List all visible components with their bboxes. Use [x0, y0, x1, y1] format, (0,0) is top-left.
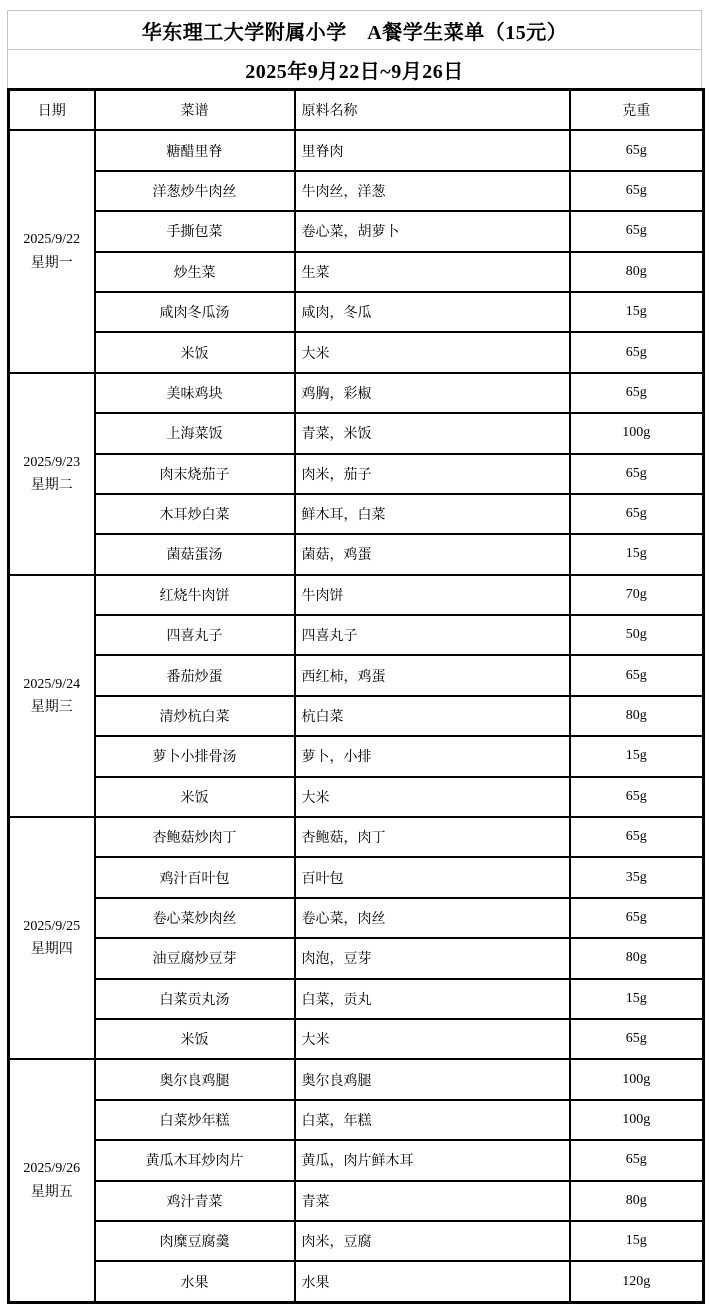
weight-cell: 65g	[570, 1019, 704, 1059]
ingredients-cell: 萝卜，小排	[295, 736, 570, 776]
weight-cell: 65g	[570, 494, 704, 534]
dish-cell: 肉糜豆腐羹	[95, 1221, 295, 1261]
weekday-text: 星期四	[10, 938, 94, 961]
menu-table-body: 2025/9/22星期一糖醋里脊里脊肉65g洋葱炒牛肉丝牛肉丝，洋葱65g手撕包…	[9, 130, 704, 1302]
date-range-subtitle: 2025年9月22日~9月26日	[8, 49, 701, 88]
table-row: 上海菜饭青菜，米饭100g	[9, 413, 704, 453]
ingredients-cell: 牛肉丝，洋葱	[295, 171, 570, 211]
ingredients-cell: 牛肉饼	[295, 575, 570, 615]
column-header-ingredients: 原料名称	[295, 90, 570, 131]
table-row: 2025/9/26星期五奥尔良鸡腿奥尔良鸡腿100g	[9, 1059, 704, 1099]
weight-cell: 65g	[570, 898, 704, 938]
dish-cell: 番茄炒蛋	[95, 655, 295, 695]
table-row: 木耳炒白菜鲜木耳，白菜65g	[9, 494, 704, 534]
column-header-date: 日期	[9, 90, 95, 131]
table-row: 油豆腐炒豆芽肉泡，豆芽80g	[9, 938, 704, 978]
weekday-text: 星期三	[10, 696, 94, 719]
ingredients-cell: 菌菇，鸡蛋	[295, 534, 570, 574]
date-text: 2025/9/24	[10, 673, 94, 696]
table-row: 番茄炒蛋西红柿，鸡蛋65g	[9, 655, 704, 695]
ingredients-cell: 大米	[295, 332, 570, 372]
weight-cell: 15g	[570, 979, 704, 1019]
ingredients-cell: 里脊肉	[295, 130, 570, 170]
dish-cell: 木耳炒白菜	[95, 494, 295, 534]
title-block: 华东理工大学附属小学 A餐学生菜单（15元） 2025年9月22日~9月26日	[7, 10, 702, 88]
dish-cell: 美味鸡块	[95, 373, 295, 413]
table-row: 菌菇蛋汤菌菇，鸡蛋15g	[9, 534, 704, 574]
dish-cell: 奥尔良鸡腿	[95, 1059, 295, 1099]
weight-cell: 65g	[570, 1140, 704, 1180]
table-row: 米饭大米65g	[9, 1019, 704, 1059]
dish-cell: 水果	[95, 1261, 295, 1302]
ingredients-cell: 鸡胸，彩椒	[295, 373, 570, 413]
ingredients-cell: 肉米，豆腐	[295, 1221, 570, 1261]
date-cell: 2025/9/26星期五	[9, 1059, 95, 1302]
column-header-dish: 菜谱	[95, 90, 295, 131]
menu-sheet: 华东理工大学附属小学 A餐学生菜单（15元） 2025年9月22日~9月26日 …	[7, 10, 702, 1304]
weight-cell: 65g	[570, 454, 704, 494]
table-row: 白菜炒年糕白菜，年糕100g	[9, 1100, 704, 1140]
ingredients-cell: 黄瓜，肉片鲜木耳	[295, 1140, 570, 1180]
dish-cell: 上海菜饭	[95, 413, 295, 453]
ingredients-cell: 咸肉，冬瓜	[295, 292, 570, 332]
ingredients-cell: 大米	[295, 1019, 570, 1059]
weight-cell: 65g	[570, 332, 704, 372]
dish-cell: 米饭	[95, 332, 295, 372]
column-header-weight: 克重	[570, 90, 704, 131]
dish-cell: 米饭	[95, 777, 295, 817]
weight-cell: 120g	[570, 1261, 704, 1302]
table-row: 鸡汁青菜青菜80g	[9, 1181, 704, 1221]
ingredients-cell: 肉泡，豆芽	[295, 938, 570, 978]
ingredients-cell: 鲜木耳，白菜	[295, 494, 570, 534]
page-title: 华东理工大学附属小学 A餐学生菜单（15元）	[8, 11, 701, 49]
weight-cell: 80g	[570, 252, 704, 292]
dish-cell: 油豆腐炒豆芽	[95, 938, 295, 978]
dish-cell: 米饭	[95, 1019, 295, 1059]
table-row: 米饭大米65g	[9, 777, 704, 817]
ingredients-cell: 杏鲍菇，肉丁	[295, 817, 570, 857]
weekday-text: 星期一	[10, 252, 94, 275]
header-row: 日期 菜谱 原料名称 克重	[9, 90, 704, 131]
weight-cell: 80g	[570, 1181, 704, 1221]
dish-cell: 糖醋里脊	[95, 130, 295, 170]
dish-cell: 菌菇蛋汤	[95, 534, 295, 574]
table-row: 清炒杭白菜杭白菜80g	[9, 696, 704, 736]
date-cell: 2025/9/22星期一	[9, 130, 95, 372]
date-text: 2025/9/26	[10, 1157, 94, 1180]
weight-cell: 100g	[570, 1100, 704, 1140]
weight-cell: 15g	[570, 292, 704, 332]
weight-cell: 65g	[570, 655, 704, 695]
dish-cell: 洋葱炒牛肉丝	[95, 171, 295, 211]
table-row: 肉末烧茄子肉米，茄子65g	[9, 454, 704, 494]
table-row: 咸肉冬瓜汤咸肉，冬瓜15g	[9, 292, 704, 332]
dish-cell: 白菜贡丸汤	[95, 979, 295, 1019]
ingredients-cell: 奥尔良鸡腿	[295, 1059, 570, 1099]
dish-cell: 红烧牛肉饼	[95, 575, 295, 615]
ingredients-cell: 肉米，茄子	[295, 454, 570, 494]
ingredients-cell: 生菜	[295, 252, 570, 292]
date-cell: 2025/9/23星期二	[9, 373, 95, 575]
table-row: 炒生菜生菜80g	[9, 252, 704, 292]
date-text: 2025/9/23	[10, 451, 94, 474]
weight-cell: 50g	[570, 615, 704, 655]
ingredients-cell: 杭白菜	[295, 696, 570, 736]
weight-cell: 70g	[570, 575, 704, 615]
menu-table: 日期 菜谱 原料名称 克重 2025/9/22星期一糖醋里脊里脊肉65g洋葱炒牛…	[7, 88, 705, 1304]
dish-cell: 卷心菜炒肉丝	[95, 898, 295, 938]
ingredients-cell: 白菜，贡丸	[295, 979, 570, 1019]
dish-cell: 白菜炒年糕	[95, 1100, 295, 1140]
table-row: 卷心菜炒肉丝卷心菜，肉丝65g	[9, 898, 704, 938]
table-row: 白菜贡丸汤白菜，贡丸15g	[9, 979, 704, 1019]
date-text: 2025/9/22	[10, 228, 94, 251]
table-row: 四喜丸子四喜丸子50g	[9, 615, 704, 655]
weight-cell: 65g	[570, 211, 704, 251]
dish-cell: 四喜丸子	[95, 615, 295, 655]
weight-cell: 65g	[570, 130, 704, 170]
table-row: 黄瓜木耳炒肉片黄瓜，肉片鲜木耳65g	[9, 1140, 704, 1180]
weight-cell: 100g	[570, 1059, 704, 1099]
table-row: 萝卜小排骨汤萝卜，小排15g	[9, 736, 704, 776]
ingredients-cell: 青菜，米饭	[295, 413, 570, 453]
table-row: 鸡汁百叶包百叶包35g	[9, 857, 704, 897]
weight-cell: 65g	[570, 817, 704, 857]
table-row: 水果水果120g	[9, 1261, 704, 1302]
date-cell: 2025/9/25星期四	[9, 817, 95, 1059]
weight-cell: 15g	[570, 1221, 704, 1261]
ingredients-cell: 青菜	[295, 1181, 570, 1221]
weekday-text: 星期二	[10, 474, 94, 497]
ingredients-cell: 四喜丸子	[295, 615, 570, 655]
table-row: 2025/9/22星期一糖醋里脊里脊肉65g	[9, 130, 704, 170]
dish-cell: 手撕包菜	[95, 211, 295, 251]
weight-cell: 65g	[570, 777, 704, 817]
weight-cell: 35g	[570, 857, 704, 897]
dish-cell: 鸡汁青菜	[95, 1181, 295, 1221]
dish-cell: 肉末烧茄子	[95, 454, 295, 494]
table-row: 2025/9/23星期二美味鸡块鸡胸，彩椒65g	[9, 373, 704, 413]
dish-cell: 咸肉冬瓜汤	[95, 292, 295, 332]
date-text: 2025/9/25	[10, 915, 94, 938]
ingredients-cell: 水果	[295, 1261, 570, 1302]
weekday-text: 星期五	[10, 1181, 94, 1204]
dish-cell: 清炒杭白菜	[95, 696, 295, 736]
dish-cell: 萝卜小排骨汤	[95, 736, 295, 776]
ingredients-cell: 白菜，年糕	[295, 1100, 570, 1140]
dish-cell: 炒生菜	[95, 252, 295, 292]
weight-cell: 15g	[570, 736, 704, 776]
date-cell: 2025/9/24星期三	[9, 575, 95, 817]
dish-cell: 黄瓜木耳炒肉片	[95, 1140, 295, 1180]
ingredients-cell: 卷心菜，胡萝卜	[295, 211, 570, 251]
table-row: 2025/9/24星期三红烧牛肉饼牛肉饼70g	[9, 575, 704, 615]
weight-cell: 15g	[570, 534, 704, 574]
weight-cell: 65g	[570, 171, 704, 211]
table-row: 2025/9/25星期四杏鲍菇炒肉丁杏鲍菇，肉丁65g	[9, 817, 704, 857]
table-row: 手撕包菜卷心菜，胡萝卜65g	[9, 211, 704, 251]
ingredients-cell: 西红柿，鸡蛋	[295, 655, 570, 695]
weight-cell: 100g	[570, 413, 704, 453]
table-row: 肉糜豆腐羹肉米，豆腐15g	[9, 1221, 704, 1261]
ingredients-cell: 大米	[295, 777, 570, 817]
dish-cell: 杏鲍菇炒肉丁	[95, 817, 295, 857]
weight-cell: 80g	[570, 938, 704, 978]
ingredients-cell: 百叶包	[295, 857, 570, 897]
weight-cell: 80g	[570, 696, 704, 736]
ingredients-cell: 卷心菜，肉丝	[295, 898, 570, 938]
weight-cell: 65g	[570, 373, 704, 413]
table-row: 洋葱炒牛肉丝牛肉丝，洋葱65g	[9, 171, 704, 211]
dish-cell: 鸡汁百叶包	[95, 857, 295, 897]
table-row: 米饭大米65g	[9, 332, 704, 372]
